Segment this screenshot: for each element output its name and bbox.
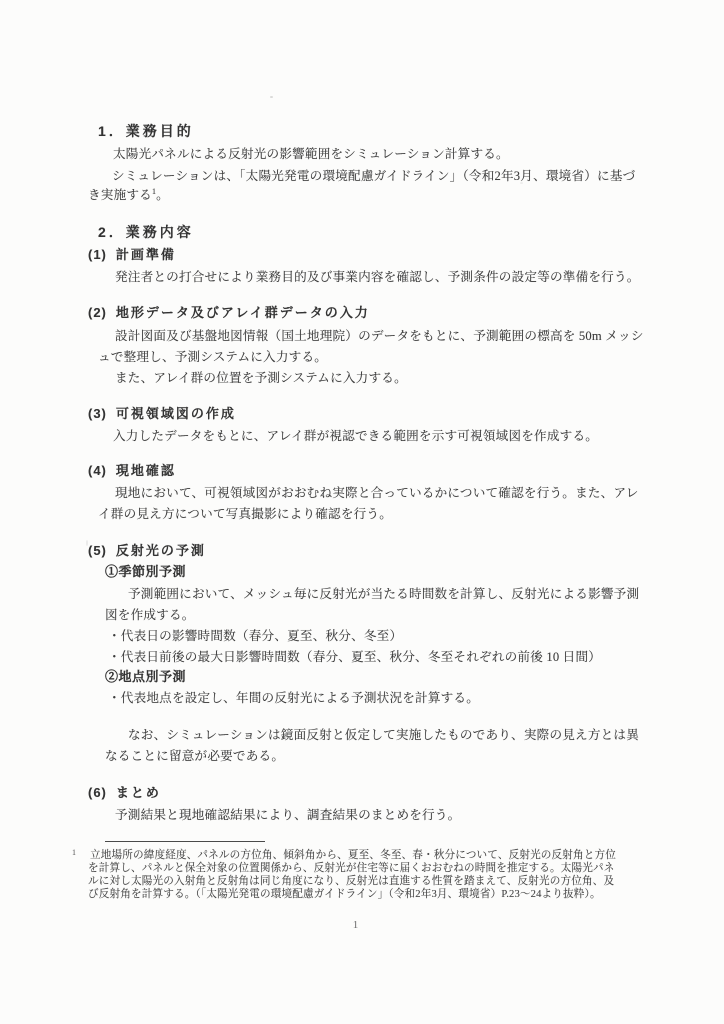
item-6-label: (6)	[88, 785, 107, 800]
purpose-paragraph-line: シミュレーションは、「太陽光発電の環境配慮ガイドライン」（令和2年3月、環境省）…	[112, 166, 635, 186]
item-4-label: (4)	[88, 463, 107, 478]
item-6-title: まとめ	[116, 785, 161, 800]
footnote-line: 立地場所の緯度経度、パネルの方位角、傾斜角から、夏至、冬至、春・秋分について、反…	[90, 849, 616, 862]
footnote-divider	[105, 841, 265, 842]
document-page: 1．業務目的 太陽光パネルによる反射光の影響範囲をシミュレーション計算する。 シ…	[0, 0, 724, 1024]
item-1-heading: (1)計画準備	[88, 245, 176, 265]
item-2-title: 地形データ及びアレイ群データの入力	[116, 305, 370, 320]
item-1-title: 計画準備	[116, 247, 176, 262]
footnote-line: び反射角を計算する。（「太陽光発電の環境配慮ガイドライン」（令和2年3月、環境省…	[88, 888, 601, 901]
bullet-line: ・代表日の影響時間数（春分、夏至、秋分、冬至）	[108, 626, 402, 646]
purpose-paragraph-line: 太陽光パネルによる反射光の影響範囲をシミュレーション計算する。	[113, 144, 509, 164]
purpose-cont-text: き実施する	[88, 188, 152, 202]
body-line: 予測結果と現地確認結果により、調査結果のまとめを行う。	[115, 805, 460, 825]
note-line: なお、シミュレーションは鏡面反射と仮定して実施したものであり、実際の見え方とは異	[128, 725, 639, 745]
note-line: なることに留意が必要である。	[105, 746, 284, 766]
item-2-heading: (2)地形データ及びアレイ群データの入力	[88, 303, 370, 323]
body-line: 予測範囲において、メッシュ毎に反射光が当たる時間数を計算し、反射光による影響予測	[128, 584, 639, 604]
footnote-line: ルに対し太陽光の入射角と反射角は同じ角度になり、反射光は直進する性質を踏まえて、…	[88, 875, 614, 888]
body-line: また、アレイ群の位置を予測システムに入力する。	[115, 368, 407, 388]
item-5-label: (5)	[88, 543, 107, 558]
purpose-paragraph-line: き実施する1。	[88, 185, 169, 205]
body-line: 発注者との打合せにより業務目的及び事業内容を確認し、予測条件の設定等の準備を行う…	[115, 267, 640, 287]
scan-speck	[270, 96, 273, 98]
page-number: 1	[0, 919, 718, 931]
body-line: 図を作成する。	[105, 605, 195, 625]
body-line: 設計図面及び基盤地図情報（国土地理院）のデータをもとに、予測範囲の標高を 50m…	[115, 326, 644, 346]
item-2-label: (2)	[88, 305, 107, 320]
footnote-line: を計算し、パネルと保全対象の位置関係から、反射光が住宅等に届くおおむねの時間を推…	[88, 862, 614, 875]
scan-speck	[86, 540, 88, 546]
body-line: 現地において、可視領域図がおおむね実際と合っているかについて確認を行う。また、ア…	[115, 483, 639, 503]
item-5-heading: (5)反射光の予測	[88, 541, 206, 561]
item-6-heading: (6)まとめ	[88, 783, 161, 803]
item-4-heading: (4)現地確認	[88, 461, 176, 481]
item-3-heading: (3)可視領域図の作成	[88, 404, 236, 424]
body-line: ュで整理し、予測システムに入力する。	[98, 347, 327, 367]
section-2-heading: 2．業務内容	[98, 222, 194, 242]
footnote-marker: 1	[72, 848, 76, 857]
item-1-label: (1)	[88, 247, 107, 262]
section-1-heading: 1．業務目的	[98, 121, 194, 141]
bullet-line: ・代表地点を設定し、年間の反射光による予測状況を計算する。	[108, 688, 479, 708]
purpose-cont-end: 。	[156, 188, 169, 202]
item-3-title: 可視領域図の作成	[116, 406, 236, 421]
scan-speck	[520, 182, 523, 184]
body-line: 入力したデータをもとに、アレイ群が視認できる範囲を示す可視領域図を作成する。	[113, 426, 598, 446]
item-4-title: 現地確認	[116, 463, 176, 478]
item-5-sub-1-heading: ①季節別予測	[105, 562, 186, 582]
item-3-label: (3)	[88, 406, 107, 421]
bullet-line: ・代表日前後の最大日影響時間数（春分、夏至、秋分、冬至それぞれの前後 10 日間…	[108, 647, 601, 667]
item-5-title: 反射光の予測	[116, 543, 206, 558]
item-5-sub-2-heading: ②地点別予測	[105, 667, 186, 687]
body-line: イ群の見え方について写真撮影により確認を行う。	[98, 504, 392, 524]
